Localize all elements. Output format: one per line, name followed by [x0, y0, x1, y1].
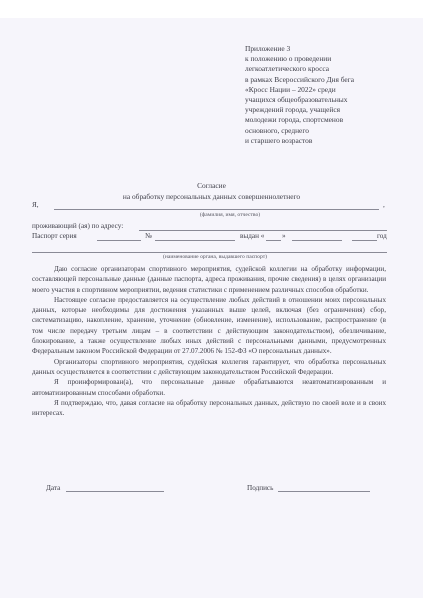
issuer-field[interactable]	[32, 252, 387, 253]
year-label: год	[377, 232, 387, 240]
paragraph-informed: Я проинформирован(а), что персональные д…	[32, 377, 386, 398]
appendix-line: учащихся общеобразовательных	[245, 95, 405, 105]
date-label: Дата	[46, 484, 60, 492]
appendix-line: легкоатлетического кросса	[245, 64, 405, 74]
appendix-line: к положению о проведении	[245, 54, 405, 64]
passport-series-field[interactable]	[97, 240, 141, 241]
i-label: Я,	[32, 201, 39, 209]
appendix-line: и старшего возрастов	[245, 136, 405, 146]
paragraph-scope: Настоящее согласие предоставляется на ос…	[32, 295, 386, 357]
fio-field[interactable]	[54, 209, 379, 210]
date-field[interactable]	[66, 491, 164, 492]
appendix-line: молодежи города, спортсменов	[245, 115, 405, 125]
appendix-line: в рамках Всероссийского Дня бега	[245, 75, 405, 85]
document-title: Согласие	[0, 181, 423, 190]
issue-year-field[interactable]	[352, 240, 377, 241]
paragraph-confirmation: Я подтверждаю, что, давая согласие на об…	[32, 398, 386, 419]
appendix-line: Приложение 3	[245, 44, 405, 54]
appendix-line: учреждений города, учащейся	[245, 105, 405, 115]
passport-number-label: №	[145, 232, 152, 240]
document-subtitle: на обработку персональных данных соверше…	[0, 192, 423, 201]
appendix-line: «Кросс Нации – 2022» среди	[245, 85, 405, 95]
appendix-line: основного, среднего	[245, 126, 405, 136]
paragraph-consent: Даю согласие организаторам спортивного м…	[32, 264, 386, 295]
signature-label: Подпись	[247, 484, 273, 492]
consent-body: Даю согласие организаторам спортивного м…	[32, 264, 386, 418]
issued-label: выдан «	[240, 232, 264, 240]
address-label: проживающий (ая) по адресу:	[32, 222, 123, 230]
paragraph-guarantee: Организаторы спортивного мероприятия, су…	[32, 357, 386, 378]
passport-series-label: Паспорт серия	[32, 232, 77, 240]
appendix-header: Приложение 3 к положению о проведении ле…	[245, 44, 405, 146]
signature-field[interactable]	[278, 491, 370, 492]
fio-trailing-comma: ,	[383, 201, 385, 209]
issued-quote-close: »	[282, 232, 286, 240]
passport-number-field[interactable]	[155, 240, 235, 241]
issue-day-field[interactable]	[266, 240, 281, 241]
issuer-caption: (наименование органа, выдавшего паспорт)	[130, 254, 300, 260]
fio-caption: (фамилия, имя, отчество)	[150, 212, 310, 218]
issue-month-field[interactable]	[292, 240, 342, 241]
address-field[interactable]	[139, 230, 387, 231]
